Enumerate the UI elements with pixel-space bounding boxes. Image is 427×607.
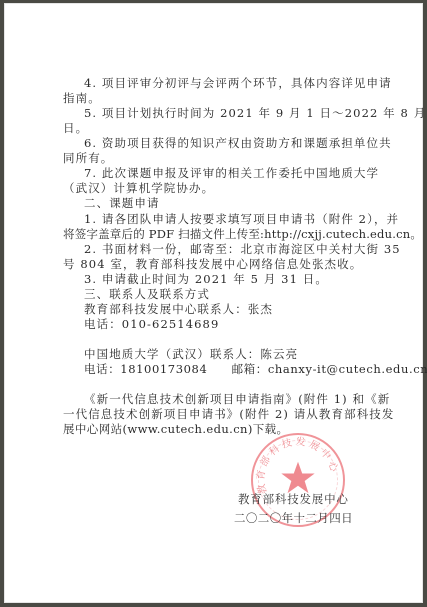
apply-3: 3. 申请截止时间为 2021 年 5 月 31 日。 <box>84 272 328 286</box>
contact-moe-phone: 电话：010-62514689 <box>84 317 219 331</box>
apply-2-line-2: 号 804 室，教育部科技发展中心网络信息处张杰收。 <box>63 257 362 271</box>
contact-cug-name: 中国地质大学（武汉）联系人：陈云亮 <box>84 347 298 361</box>
signature-date: 二〇二〇年十二月四日 <box>234 511 353 525</box>
item-6-line-1: 6. 资助项目获得的知识产权由资助方和课题承担单位共 <box>84 136 392 150</box>
apply-2-line-1: 2. 书面材料一份，邮寄至：北京市海淀区中关村大街 35 <box>84 242 401 256</box>
item-7-line-2: （武汉）计算机学院协办。 <box>63 181 214 195</box>
contact-moe-name: 教育部科技发展中心联系人：张杰 <box>84 302 273 316</box>
signature-org: 教育部科技发展中心 <box>238 492 349 506</box>
item-5-line-2: 日。 <box>63 121 88 135</box>
section-3-heading: 三、联系人及联系方式 <box>84 287 210 301</box>
note-line-2: 一代信息技术创新项目申请书》(附件 2) 请从教育部科技发 <box>63 407 395 421</box>
item-4-line-1: 4. 项目评审分初评与会评两个环节，具体内容详见申请 <box>84 76 392 90</box>
apply-1-line-2: 将签字盖章后的 PDF 扫描文件上传至:http://cxjj.cutech.e… <box>63 227 422 241</box>
item-4-line-2: 指南。 <box>63 91 101 105</box>
section-2-heading: 二、课题申请 <box>84 196 160 210</box>
note-line-1: 《新一代信息技术创新项目申请指南》(附件 1) 和《新 <box>84 392 390 406</box>
note-line-3: 展中心网站(www.cutech.edu.cn)下载。 <box>63 422 288 436</box>
item-5-line-1: 5. 项目计划执行时间为 2021 年 9 月 1 日～2022 年 8 月 3… <box>84 106 427 120</box>
document-page: 4. 项目评审分初评与会评两个环节，具体内容详见申请 指南。 5. 项目计划执行… <box>4 3 423 603</box>
item-7-line-1: 7. 此次课题申报及评审的相关工作委托中国地质大学 <box>84 166 379 180</box>
star-icon <box>280 460 316 496</box>
item-6-line-2: 同所有。 <box>63 151 113 165</box>
apply-1-line-1: 1. 请各团队申请人按要求填写项目申请书（附件 2），并 <box>84 212 399 226</box>
contact-cug-phone-email: 电话：18100173084 邮箱：chanxy-it@cutech.edu.c… <box>84 362 427 376</box>
